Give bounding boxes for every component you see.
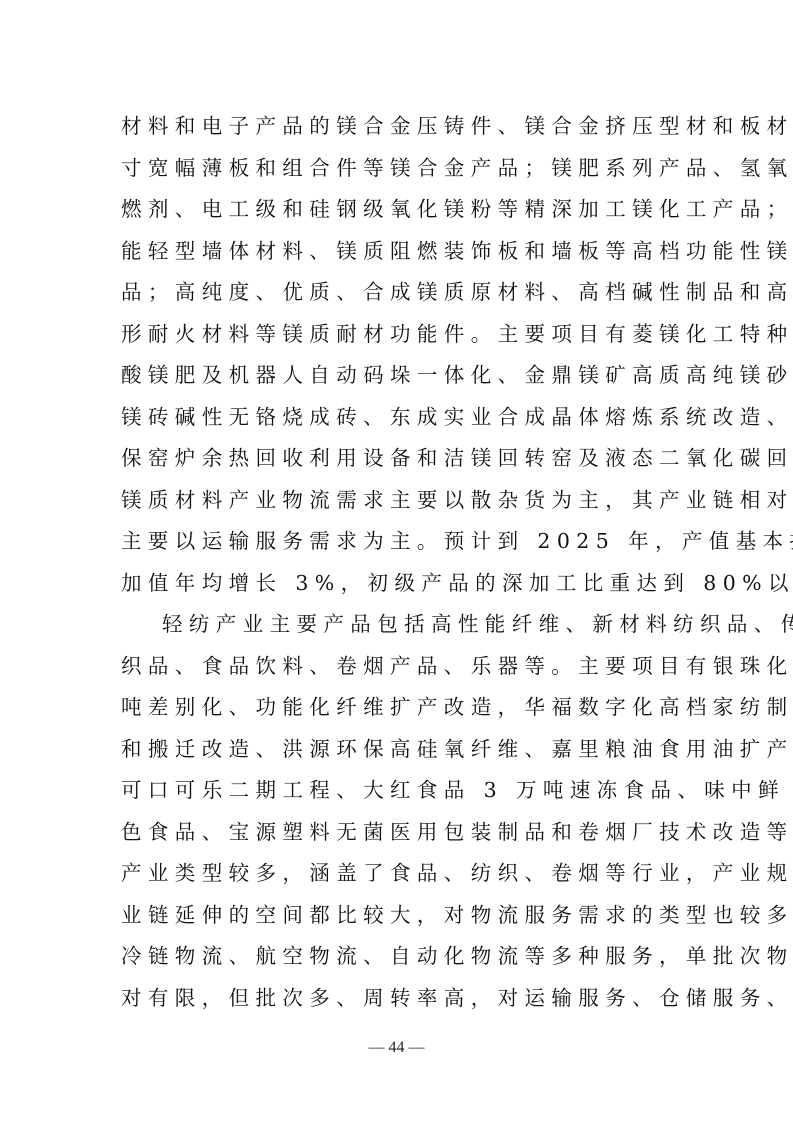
paragraph-magnesium-materials: 材料和电子产品的镁合金压铸件、镁合金挤压型材和板材、大尺 寸宽幅薄板和组合件等镁… — [121, 106, 676, 604]
text-line: 镁质材料产业物流需求主要以散杂货为主，其产业链相对较短， — [121, 480, 676, 522]
text-line: 和搬迁改造、洪源环保高硅氧纤维、嘉里粮油食用油扩产改造、 — [121, 729, 676, 771]
text-line: 色食品、宝源塑料无菌医用包装制品和卷烟厂技术改造等。轻纺 — [121, 812, 676, 854]
text-line: 产业类型较多，涵盖了食品、纺织、卷烟等行业，产业规模与产 — [121, 853, 676, 895]
text-line: 燃剂、电工级和硅钢级氧化镁粉等精深加工镁化工产品；镁质节 — [121, 189, 676, 231]
text-line: 寸宽幅薄板和组合件等镁合金产品；镁肥系列产品、氢氧化镁阻 — [121, 148, 676, 190]
body-text: 材料和电子产品的镁合金压铸件、镁合金挤压型材和板材、大尺 寸宽幅薄板和组合件等镁… — [121, 106, 676, 1019]
text-line: 冷链物流、航空物流、自动化物流等多种服务，单批次物流量相 — [121, 936, 676, 978]
text-line: 主要以运输服务需求为主。预计到 2025 年，产值基本持平，增 — [121, 521, 676, 563]
paragraph-light-textile-industry: 轻纺产业主要产品包括高性能纤维、新材料纺织品、传统纺 织品、食品饮料、卷烟产品、… — [121, 604, 676, 1019]
text-line: 可口可乐二期工程、大红食品 3 万吨速冻食品、味中鲜 1 万吨特 — [121, 770, 676, 812]
text-line: 保窑炉余热回收利用设备和洁镁回转窑及液态二氧化碳回收等。 — [121, 438, 676, 480]
text-line: 对有限，但批次多、周转率高，对运输服务、仓储服务、流通加 — [121, 978, 676, 1020]
text-line: 镁砖碱性无铬烧成砖、东成实业合成晶体熔炼系统改造、环宇环 — [121, 397, 676, 439]
text-line: 材料和电子产品的镁合金压铸件、镁合金挤压型材和板材、大尺 — [121, 106, 676, 148]
text-line: 品；高纯度、优质、合成镁质原材料、高档碱性制品和高效不定 — [121, 272, 676, 314]
page-number: — 44 — — [0, 1039, 793, 1057]
text-line: 吨差别化、功能化纤维扩产改造，华福数字化高档家纺制造升级 — [121, 687, 676, 729]
text-line: 酸镁肥及机器人自动码垛一体化、金鼎镁矿高质高纯镁砂、中建 — [121, 355, 676, 397]
text-line: 织品、食品饮料、卷烟产品、乐器等。主要项目有银珠化纺 4 万 — [121, 646, 676, 688]
text-line: 能轻型墙体材料、镁质阻燃装饰板和墙板等高档功能性镁建材产 — [121, 231, 676, 273]
document-page: 材料和电子产品的镁合金压铸件、镁合金挤压型材和板材、大尺 寸宽幅薄板和组合件等镁… — [0, 0, 793, 1122]
text-line: 加值年均增长 3%，初级产品的深加工比重达到 80%以上。 — [121, 563, 676, 605]
text-line: 轻纺产业主要产品包括高性能纤维、新材料纺织品、传统纺 — [121, 604, 676, 646]
text-line: 业链延伸的空间都比较大，对物流服务需求的类型也较多，包括 — [121, 895, 676, 937]
text-line: 形耐火材料等镁质耐材功能件。主要项目有菱镁化工特种粒状硫 — [121, 314, 676, 356]
